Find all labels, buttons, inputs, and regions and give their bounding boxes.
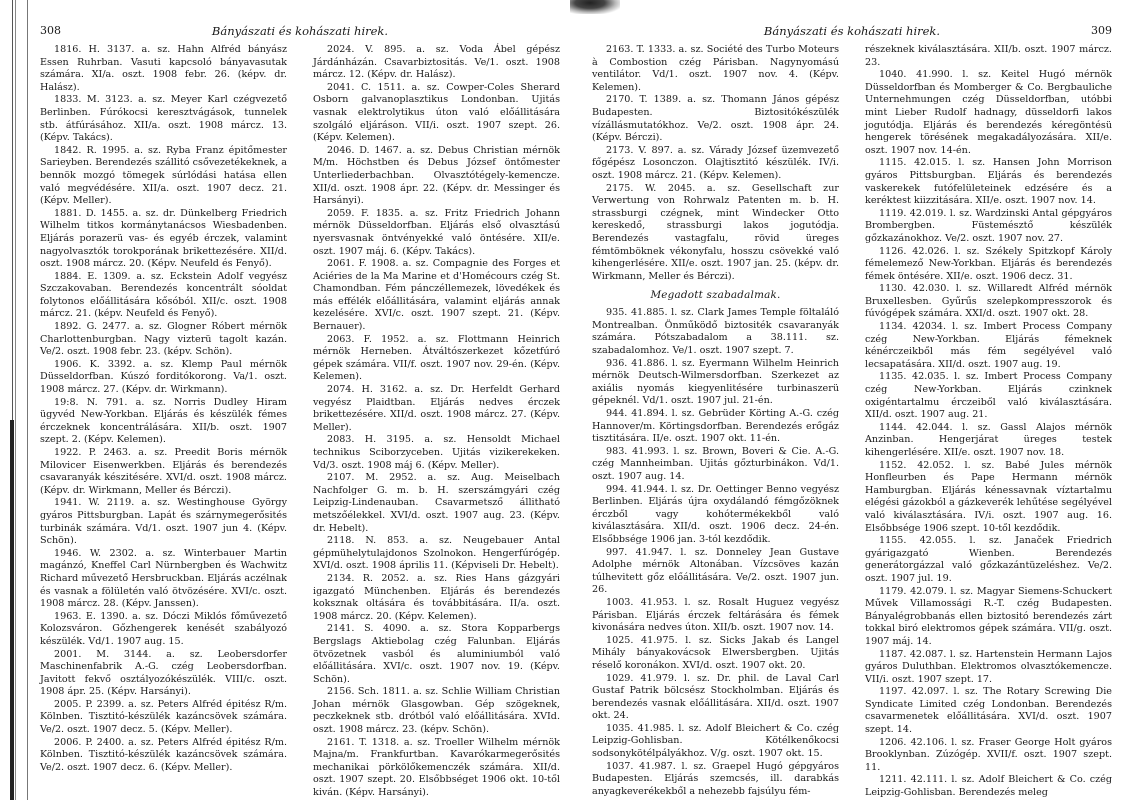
page-309: Bányászati és kohászati hirek. 309 2163.… <box>592 0 1112 800</box>
patent-entry: 1963. E. 1390. a. sz. Dóczi Miklós főműv… <box>40 611 287 649</box>
patent-entry: 1833. M. 3123. a. sz. Meyer Karl czégvez… <box>40 94 287 144</box>
patent-entry: 1025. 41.975. l. sz. Sicks Jakab és Lang… <box>592 635 839 673</box>
patent-entry: 2107. M. 2952. a. sz. Aug. Meiselbach Na… <box>313 472 560 535</box>
patent-entry: 1126. 42.026. l. sz. Székely Spitzkopf K… <box>865 246 1112 284</box>
patent-entry: 1035. 41.985. l. sz. Adolf Bleichert & C… <box>592 723 839 761</box>
running-head-title: Bányászati és kohászati hirek. <box>40 24 560 38</box>
patent-entry: 1155. 42.055. l. sz. Janaček Friedrich g… <box>865 535 1112 585</box>
patent-entry: 935. 41.885. l. sz. Clark James Temple f… <box>592 307 839 357</box>
patent-entry: 1115. 42.015. l. sz. Hansen John Morriso… <box>865 157 1112 207</box>
patent-entry: 2173. V. 897. a. sz. Várady József üzemv… <box>592 145 839 183</box>
patent-entry: 2063. F. 1952. a. sz. Flottmann Heinrich… <box>313 334 560 384</box>
patent-entry: 1922. P. 2463. a. sz. Preedit Boris mérn… <box>40 447 287 497</box>
page-number: 309 <box>1091 24 1112 38</box>
running-head: Bányászati és kohászati hirek. 309 <box>592 24 1112 38</box>
patent-entry: részeknek kiválasztására. XII/b. oszt. 1… <box>865 44 1112 69</box>
patent-entry: 1135. 42.035. l. sz. Imbert Process Comp… <box>865 371 1112 421</box>
patent-entry: 2024. V. 895. a. sz. Voda Ábel gépész Já… <box>313 44 560 82</box>
patent-entry: 1029. 41.979. l. sz. Dr. phil. de Laval … <box>592 673 839 723</box>
patent-entry: 2046. D. 1467. a. sz. Debus Christian mé… <box>313 145 560 208</box>
patent-entry: 1206. 42.106. l. sz. Fraser George Holt … <box>865 737 1112 775</box>
patent-entry: 1941. W. 2119. a. sz. Westinghouse Györg… <box>40 497 287 547</box>
patent-entry: 2001. M. 3144. a. sz. Leobersdorfer Masc… <box>40 649 287 699</box>
running-head-title: Bányászati és kohászati hirek. <box>592 24 1112 38</box>
patent-entry: 2141. S. 4090. a. sz. Stora Kopparbergs … <box>313 623 560 686</box>
patent-entry: 994. 41.944. l. sz. Dr. Oettinger Benno … <box>592 484 839 547</box>
patent-entry: 2163. T. 1333. a. sz. Société des Turbo … <box>592 44 839 94</box>
patent-entry: 2006. P. 2400. a. sz. Peters Alfréd épit… <box>40 737 287 775</box>
patent-entry: 1134. 42034. l. sz. Imbert Process Compa… <box>865 321 1112 371</box>
patent-entry: 2061. F. 1908. a. sz. Compagnie des Forg… <box>313 258 560 334</box>
patent-entry: 1152. 42.052. l. sz. Babé Jules mérnök H… <box>865 460 1112 536</box>
column-right: részeknek kiválasztására. XII/b. oszt. 1… <box>865 44 1112 800</box>
patent-entry: 1130. 42.030. l. sz. Willaredt Alfréd mé… <box>865 283 1112 321</box>
binding-edge <box>10 0 32 800</box>
patent-entry: 2083. H. 3195. a. sz. Hensoldt Michael t… <box>313 434 560 472</box>
patent-entry: 2074. H. 3162. a. sz. Dr. Herfeldt Gerha… <box>313 384 560 434</box>
patent-entry: 983. 41.993. l. sz. Brown, Boveri & Cie.… <box>592 446 839 484</box>
patent-entry: 19:8. N. 791. a. sz. Norris Dudley Hiram… <box>40 397 287 447</box>
patent-entry: 997. 41.947. l. sz. Donneley Jean Gustav… <box>592 547 839 597</box>
patent-entry: 936. 41.886. l. sz. Eyermann Wilhelm Hei… <box>592 358 839 408</box>
patent-entry: 1881. D. 1455. a. sz. dr. Dünkelberg Fri… <box>40 208 287 271</box>
patent-entry: 1119. 42.019. l. sz. Wardzinski Antal gé… <box>865 208 1112 246</box>
patent-entry: 1179. 42.079. l. sz. Magyar Siemens-Schu… <box>865 586 1112 649</box>
patent-entry: 2118. N. 853. a. sz. Neugebauer Antal gé… <box>313 535 560 573</box>
patent-entry: 944. 41.894. l. sz. Gebrüder Körting A.-… <box>592 408 839 446</box>
page-308: 308 Bányászati és kohászati hirek. 1816.… <box>40 0 560 800</box>
patent-entry: 1211. 42.111. l. sz. Adolf Bleichert & C… <box>865 774 1112 799</box>
patent-entry: 1040. 41.990. l. sz. Keitel Hugó mérnök … <box>865 69 1112 157</box>
column-left: 1816. H. 3137. a. sz. Hahn Alfréd bányás… <box>40 44 287 800</box>
patent-entry: 2059. F. 1835. a. sz. Fritz Friedrich Jo… <box>313 208 560 258</box>
book-spread: 308 Bányászati és kohászati hirek. 1816.… <box>0 0 1128 800</box>
patent-entry: 1144. 42.044. l. sz. Gassl Alajos mérnök… <box>865 422 1112 460</box>
column-right: 2024. V. 895. a. sz. Voda Ábel gépész Já… <box>313 44 560 800</box>
patent-entry: 2170. T. 1389. a. sz. Thomann János gépé… <box>592 94 839 144</box>
patent-entry: 2175. W. 2045. a. sz. Gesellschaft zur V… <box>592 183 839 284</box>
patent-entry: 2041. C. 1511. a. sz. Cowper-Coles Shera… <box>313 82 560 145</box>
patent-entry: 1197. 42.097. l. sz. The Rotary Screwing… <box>865 686 1112 736</box>
section-title: Megadott szabadalmak. <box>592 289 839 302</box>
patent-entry: 1892. G. 2477. a. sz. Glogner Róbert mér… <box>40 321 287 359</box>
patent-entry: 1884. E. 1309. a. sz. Eckstein Adolf veg… <box>40 271 287 321</box>
patent-entry: 1842. R. 1995. a. sz. Ryba Franz épitőme… <box>40 145 287 208</box>
patent-entry: 2156. Sch. 1811. a. sz. Schlie William C… <box>313 686 560 736</box>
patent-entry: 1946. W. 2302. a. sz. Winterbauer Martin… <box>40 548 287 611</box>
column-left: 2163. T. 1333. a. sz. Société des Turbo … <box>592 44 839 800</box>
patent-entry: 1906. K. 3392. a. sz. Klemp Paul mérnök … <box>40 359 287 397</box>
patent-entry: 1037. 41.987. l. sz. Graepel Hugó gépgyá… <box>592 761 839 799</box>
patent-entry: 2134. R. 2052. a. sz. Ries Hans gázgyári… <box>313 573 560 623</box>
patent-entry: 1816. H. 3137. a. sz. Hahn Alfréd bányás… <box>40 44 287 94</box>
patent-entry: 1003. 41.953. l. sz. Rosalt Huguez vegyé… <box>592 597 839 635</box>
patent-entry: 2161. T. 1318. a. sz. Troeller Wilhelm m… <box>313 737 560 800</box>
patent-entry: 2005. P. 2399. a. sz. Peters Alfréd épit… <box>40 699 287 737</box>
running-head: 308 Bányászati és kohászati hirek. <box>40 24 560 38</box>
patent-entry: 1187. 42.087. l. sz. Hartenstein Hermann… <box>865 649 1112 687</box>
